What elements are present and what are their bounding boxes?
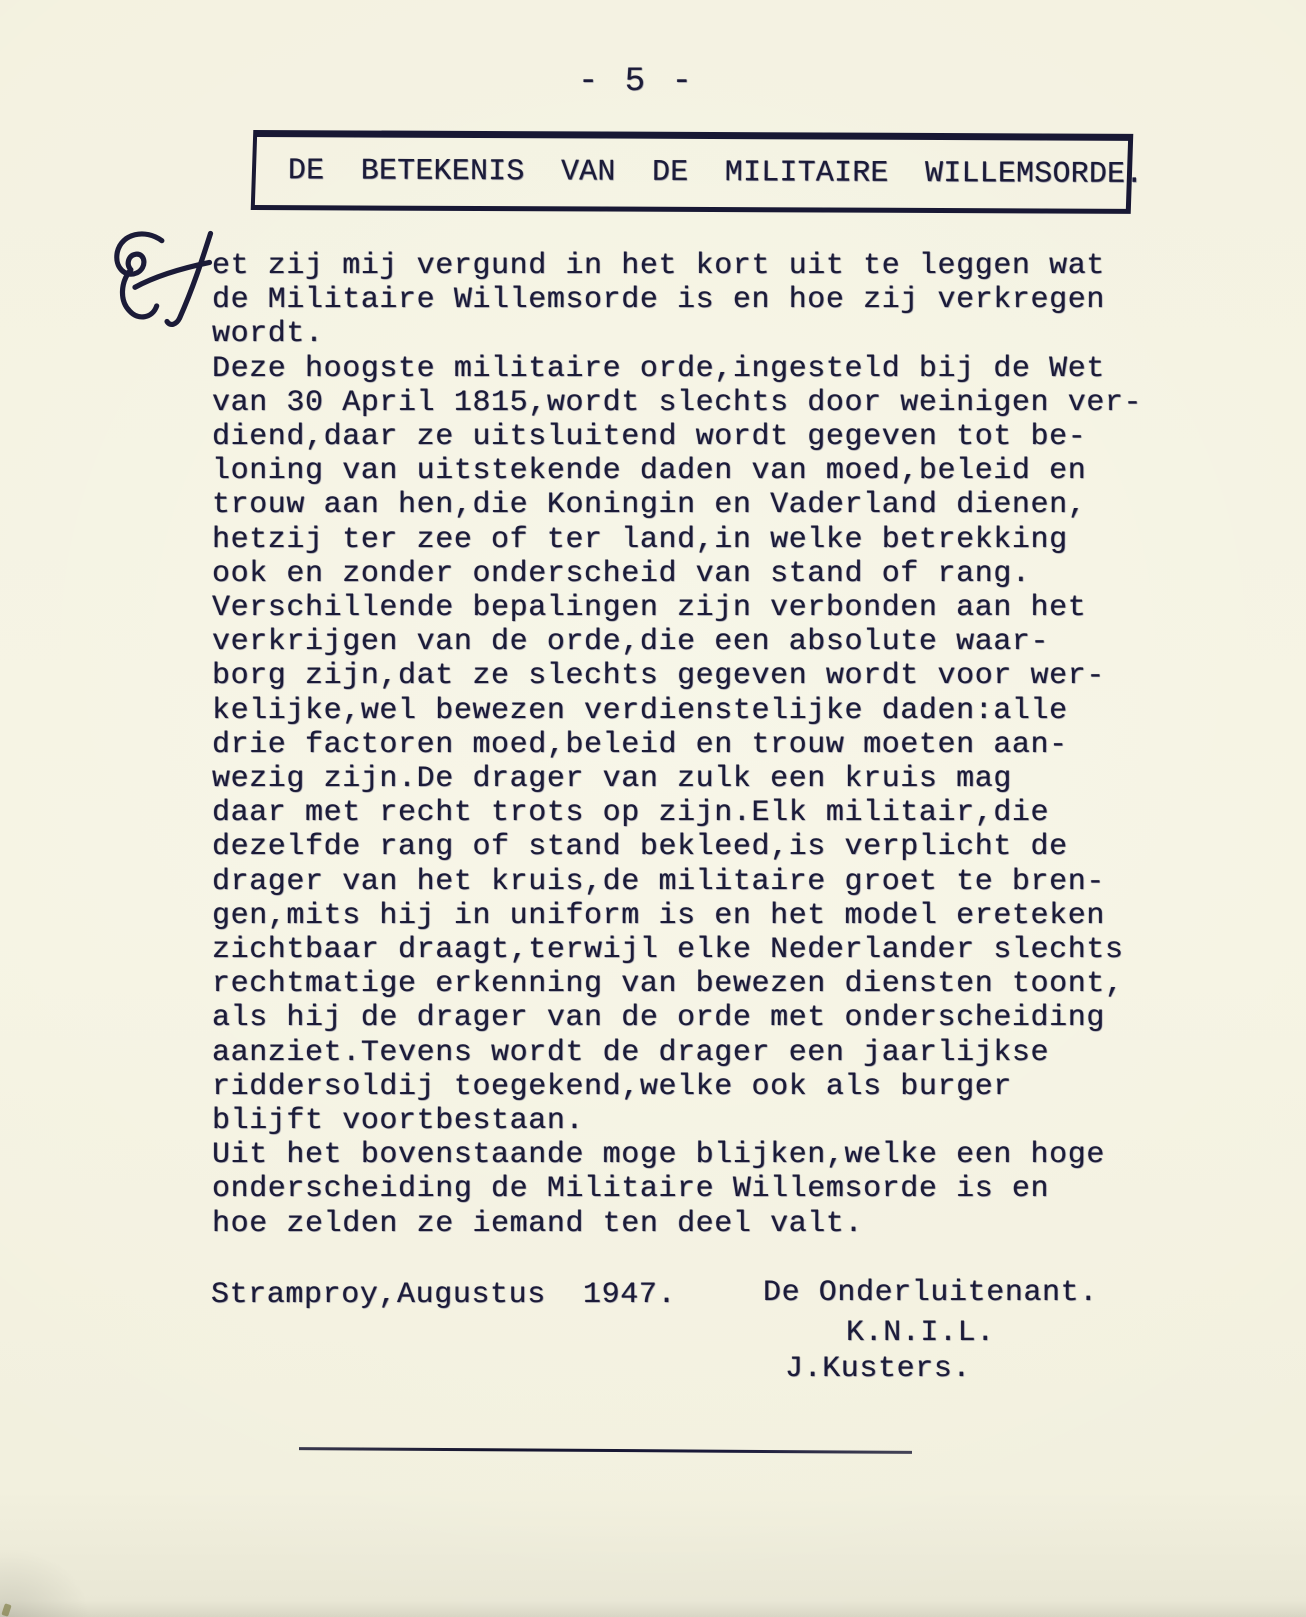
document-page: - 5 - DE BETEKENIS VAN DE MILITAIRE WILL… — [0, 0, 1306, 1617]
handwritten-initial-h-icon — [108, 228, 224, 328]
body-text: et zij mij vergund in het kort uit te le… — [212, 249, 1142, 1241]
title-box: DE BETEKENIS VAN DE MILITAIRE WILLEMSORD… — [251, 130, 1134, 214]
bottom-rule — [299, 1447, 912, 1454]
scan-smudge — [0, 1548, 90, 1617]
signature-organization: K.N.I.L. — [846, 1316, 995, 1350]
page-title: DE BETEKENIS VAN DE MILITAIRE WILLEMSORD… — [288, 137, 1127, 209]
signature-name: J.Kusters. — [785, 1352, 971, 1386]
signature-place-date: Stramproy,Augustus 1947. — [211, 1278, 676, 1312]
signature-rank: De Onderluitenant. — [763, 1276, 1098, 1310]
page-number: - 5 - — [578, 60, 695, 104]
